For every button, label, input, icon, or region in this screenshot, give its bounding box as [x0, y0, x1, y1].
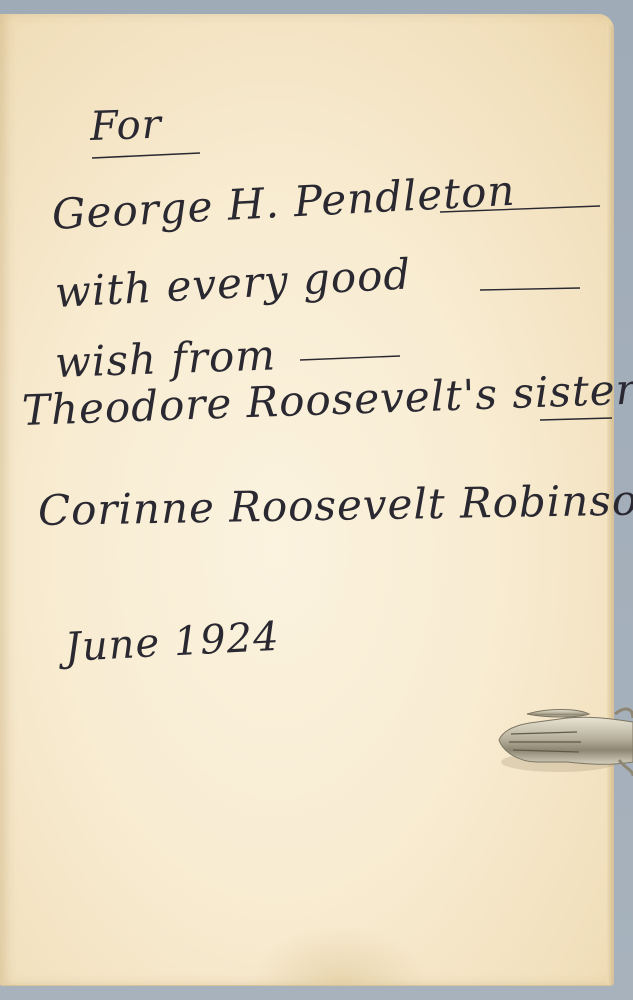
- signature: Corinne Roosevelt Robinson: [38, 475, 633, 535]
- handwritten-inscription: For George H. Pendleton with every good …: [0, 0, 633, 1000]
- inscription-line-with-every-good: with every good: [54, 249, 413, 317]
- inscription-line-for: For: [89, 102, 162, 150]
- hand-page-clip-icon: [497, 700, 633, 778]
- inscription-date: June 1924: [64, 614, 281, 671]
- inscription-line-recipient: George H. Pendleton: [51, 166, 517, 239]
